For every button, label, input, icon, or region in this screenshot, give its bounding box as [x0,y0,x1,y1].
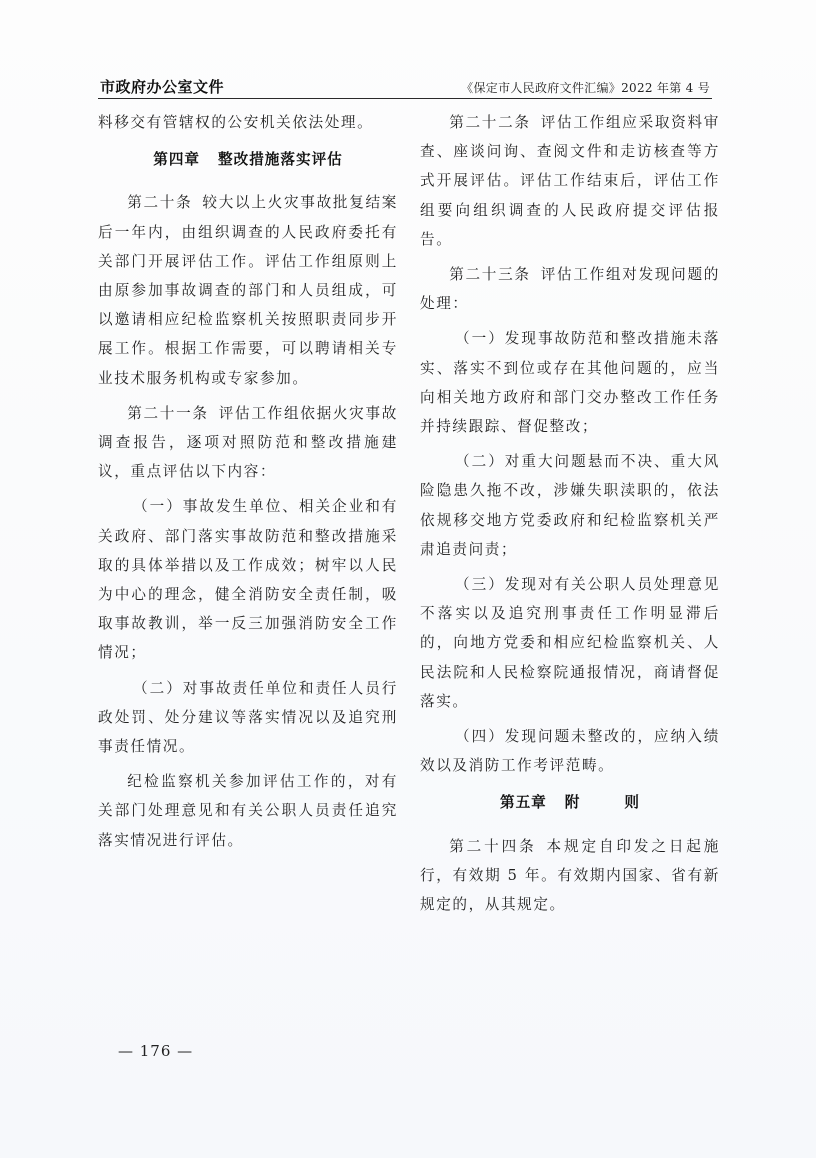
article-text: 评估工作组应采取资料审查、座谈问询、查阅文件和走访核查等方式开展评估。评估工作结… [420,114,720,248]
chapter-title: 整改措施落实评估 [218,151,343,168]
chapter-title-b: 则 [624,794,640,811]
page-header: 市政府办公室文件 《保定市人民政府文件汇编》2022 年第 4 号 [98,74,712,99]
chapter-number: 第五章 [500,794,547,811]
left-column: 料移交有管辖权的公安机关依法处理。 第四章整改措施落实评估 第二十条较大以上火灾… [98,108,398,861]
article-23-item-4: （四）发现问题未整改的，应纳入绩效以及消防工作考评范畴。 [420,722,720,780]
page-number: — 176 — [118,1042,193,1060]
chapter-number: 第四章 [153,151,200,168]
article-21-item-1: （一）事故发生单位、相关企业和有关政府、部门落实事故防范和整改措施采取的具体举措… [98,492,398,667]
article-24: 第二十四条本规定自印发之日起施行，有效期 5 年。有效期内国家、省有新规定的，从… [420,832,720,920]
article-label: 第二十二条 [449,114,531,131]
chapter-4-heading: 第四章整改措施落实评估 [98,145,398,174]
article-23-item-3: （三）发现对有关公职人员处理意见不落实以及追究刑事责任工作明显滞后的，向地方党委… [420,570,720,716]
article-text: 较大以上火灾事故批复结案后一年内，由组织调查的人民政府委托有关部门开展评估工作。… [98,194,398,386]
article-label: 第二十三条 [449,266,531,283]
article-23: 第二十三条评估工作组对发现问题的处理： [420,260,720,318]
article-22: 第二十二条评估工作组应采取资料审查、座谈问询、查阅文件和走访核查等方式开展评估。… [420,108,720,254]
header-publication: 《保定市人民政府文件汇编》2022 年第 4 号 [461,79,710,96]
article-21-item-2: （二）对事故责任单位和责任人员行政处罚、处分建议等落实情况以及追究刑事责任情况。 [98,674,398,762]
article-label: 第二十条 [127,194,192,211]
article-21: 第二十一条评估工作组依据火灾事故调查报告，逐项对照防范和整改措施建议，重点评估以… [98,399,398,487]
article-23-item-1: （一）发现事故防范和整改措施未落实、落实不到位或存在其他问题的，应当向相关地方政… [420,324,720,441]
article-label: 第二十一条 [127,405,209,422]
header-issuer: 市政府办公室文件 [100,76,224,97]
chapter-5-heading: 第五章附则 [420,788,720,817]
article-20: 第二十条较大以上火灾事故批复结案后一年内，由组织调查的人民政府委托有关部门开展评… [98,188,398,392]
continuation-paragraph: 料移交有管辖权的公安机关依法处理。 [98,108,398,137]
chapter-title-a: 附 [565,794,581,811]
right-column: 第二十二条评估工作组应采取资料审查、座谈问询、查阅文件和走访核查等方式开展评估。… [420,108,720,925]
article-23-item-2: （二）对重大问题悬而不决、重大风险隐患久拖不改，涉嫌失职渎职的，依法依规移交地方… [420,447,720,564]
document-page: 市政府办公室文件 《保定市人民政府文件汇编》2022 年第 4 号 料移交有管辖… [0,0,816,1158]
article-21-closing: 纪检监察机关参加评估工作的，对有关部门处理意见和有关公职人员责任追究落实情况进行… [98,767,398,855]
article-label: 第二十四条 [449,838,536,855]
